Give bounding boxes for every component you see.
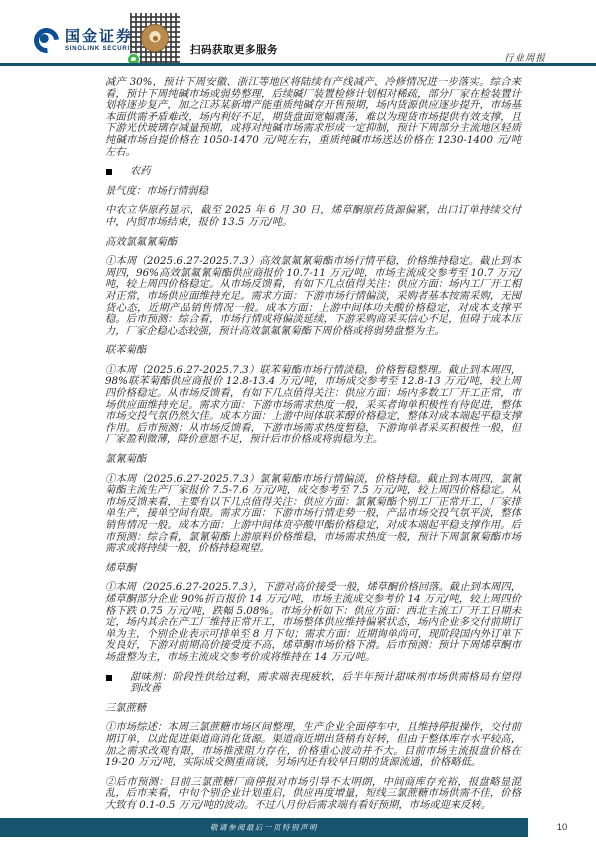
heading-cypermethrin: 氯氰菊酯 bbox=[105, 454, 521, 466]
para-clethodim: ①本周（2025.6.27-2025.7.3），下游对高价接受一般，烯草酮价格回… bbox=[105, 582, 521, 663]
bullet-square-icon bbox=[106, 169, 112, 175]
heading-clethodim: 烯草酮 bbox=[105, 563, 521, 575]
heading-lambda-cyhalothrin: 高效氯氟氰菊酯 bbox=[105, 237, 521, 249]
qr-code bbox=[130, 13, 180, 63]
report-body: 减产 30%，预计下周安徽、浙江等地区将陆续有产线减产、冷修情况进一步落实。综合… bbox=[105, 77, 521, 819]
para-zhongnonglihua: 中农立华原药显示，截至 2025 年 6 月 30 日，烯草酮原药货源偏紧，出口… bbox=[105, 205, 521, 228]
page-footer: 敬请参阅最后一页特别声明 10 bbox=[0, 818, 596, 837]
sentiment-line: 景气度：市场行情弱稳 bbox=[105, 186, 521, 198]
page-header: 国金证券 SINOLINK SECURITIES 扫码获取更多服务 行业周报 bbox=[0, 0, 596, 64]
report-type-label: 行业周报 bbox=[504, 50, 546, 64]
heading-bifenthrin: 联苯菊酯 bbox=[105, 345, 521, 357]
bullet-label-pesticides: 农药 bbox=[130, 166, 521, 178]
sinolink-logo-icon bbox=[29, 23, 64, 58]
para-bifenthrin: ①本周（2025.6.27-2025.7.3）联苯菊酯市场行情淡稳，价格暂稳整理… bbox=[105, 365, 521, 446]
footer-disclaimer: 敬请参阅最后一页特别声明 bbox=[210, 822, 318, 833]
para-sucralose-summary: ①市场综述：本周三氯蔗糖市场区间整理，生产企业全面停车中，且维持停报操作，交付前… bbox=[105, 722, 521, 768]
para-lambda-cyhalothrin: ①本周（2025.6.27-2025.7.3）高效氯氟氰菊酯市场行情平稳，价格维… bbox=[105, 256, 521, 337]
para-sucralose-outlook: ②后市预测：目前三氯蔗糖厂商停报对市场引导不太明朗，中间商库存充裕，报盘略显混乱… bbox=[105, 777, 521, 812]
bullet-item-sweeteners: 甜味剂：阶段性供给过剩，需求端表现疲软，后半年预计甜味剂市场供需格局有望得到改善 bbox=[105, 672, 521, 695]
page-number: 10 bbox=[528, 818, 596, 837]
header-rule bbox=[0, 63, 596, 66]
report-page: 国金证券 SINOLINK SECURITIES 扫码获取更多服务 行业周报 减… bbox=[0, 0, 596, 843]
para-soda-ash-outlook: 减产 30%，预计下周安徽、浙江等地区将陆续有产线减产、冷修情况进一步落实。综合… bbox=[105, 77, 521, 158]
qr-seal-icon bbox=[141, 24, 169, 52]
bullet-item-pesticides: 农药 bbox=[105, 166, 521, 178]
bullet-square-icon bbox=[106, 675, 112, 681]
heading-sucralose: 三氯蔗糖 bbox=[105, 703, 521, 715]
qr-caption: 扫码获取更多服务 bbox=[190, 42, 278, 57]
disclaimer-bar: 敬请参阅最后一页特别声明 bbox=[0, 818, 528, 837]
bullet-label-sweeteners: 甜味剂：阶段性供给过剩，需求端表现疲软，后半年预计甜味剂市场供需格局有望得到改善 bbox=[130, 672, 521, 695]
para-cypermethrin: ①本周（2025.6.27-2025.7.3）氯氰菊酯市场行情偏淡，价格持稳。截… bbox=[105, 474, 521, 555]
